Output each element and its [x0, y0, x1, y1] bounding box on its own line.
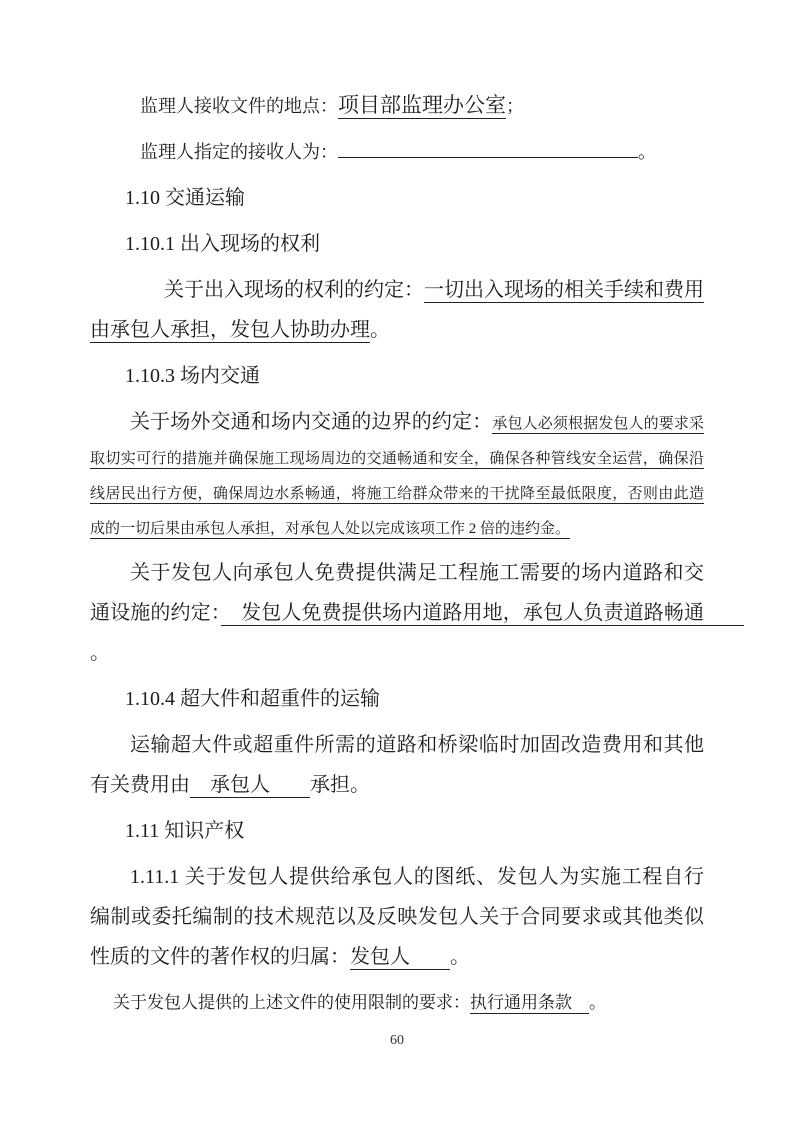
para-usage-restriction: 关于发包人提供的上述文件的使用限制的要求：执行通用条款 。 [90, 983, 704, 1023]
filled-answer-underlined-small: 承包人必须根据发包人的要求采取切实可行的措施并确保施工现场周边的交通畅通和安全，… [90, 416, 704, 539]
clause-label: 关于发包人提供的上述文件的使用限制的要求： [113, 993, 470, 1012]
document-page: 监理人接收文件的地点：项目部监理办公室； 监理人指定的接收人为：。 1.10 交… [0, 0, 794, 1122]
clause-text: 运输超大件或超重件所需的道路和桥梁临时加固改造费用和其他有关费用由 [90, 734, 704, 796]
clause-label: 关于场外交通和场内交通的边界的约定： [130, 411, 492, 433]
heading-text: 1.11 知识产权 [125, 820, 244, 842]
heading-1-10-4-oversize-transport: 1.10.4 超大件和超重件的运输 [90, 679, 704, 719]
blank-underline-field [338, 138, 638, 158]
heading-1-11-intellectual-property: 1.11 知识产权 [90, 811, 704, 851]
punctuation: ； [506, 96, 524, 116]
heading-text: 1.10.1 出入现场的权利 [125, 233, 320, 255]
punctuation: 。 [90, 642, 110, 664]
para-copyright-ownership: 1.11.1 关于发包人提供给承包人的图纸、发包人为实施工程自行编制或委托编制的… [90, 857, 704, 977]
filled-answer-underlined: 承包人 [190, 774, 310, 798]
para-site-access-agreement: 关于出入现场的权利的约定：一切出入现场的相关手续和费用由承包人承担，发包人协助办… [90, 270, 704, 350]
heading-text: 1.10.3 场内交通 [125, 365, 260, 387]
filled-answer-underlined: 项目部监理办公室 [338, 93, 506, 119]
punctuation: 。 [589, 993, 606, 1012]
punctuation: 。 [638, 142, 656, 162]
para-supervisor-receive-location: 监理人接收文件的地点：项目部监理办公室； [90, 85, 704, 126]
clause-label: 关于出入现场的权利的约定： [164, 279, 424, 301]
filled-answer-underlined: 发包人 [350, 946, 450, 970]
para-traffic-boundary-agreement: 关于场外交通和场内交通的边界的约定：承包人必须根据发包人的要求采取切实可行的措施… [90, 402, 704, 547]
filled-answer-underlined: 执行通用条款 [470, 993, 589, 1014]
para-site-roads-agreement: 关于发包人向承包人免费提供满足工程施工需要的场内道路和交通设施的约定： 发包人免… [90, 553, 704, 673]
heading-text: 1.10 交通运输 [125, 187, 245, 209]
heading-1-10-transport: 1.10 交通运输 [90, 178, 704, 218]
punctuation: 。 [450, 946, 470, 968]
heading-1-10-3-site-traffic: 1.10.3 场内交通 [90, 356, 704, 396]
filled-answer-underlined: 发包人免费提供场内道路用地，承包人负责道路畅通 [221, 602, 744, 626]
field-label: 监理人指定的接收人为： [140, 142, 338, 162]
heading-1-10-1-site-access-right: 1.10.1 出入现场的权利 [90, 224, 704, 264]
punctuation: 。 [370, 319, 390, 341]
heading-text: 1.10.4 超大件和超重件的运输 [125, 688, 380, 710]
field-label: 监理人接收文件的地点： [140, 96, 338, 116]
para-supervisor-designated-receiver: 监理人指定的接收人为：。 [90, 132, 704, 172]
clause-text-tail: 承担。 [310, 774, 370, 796]
page-number: 60 [0, 1032, 794, 1050]
para-oversize-transport-cost: 运输超大件或超重件所需的道路和桥梁临时加固改造费用和其他有关费用由 承包人 承担… [90, 725, 704, 805]
